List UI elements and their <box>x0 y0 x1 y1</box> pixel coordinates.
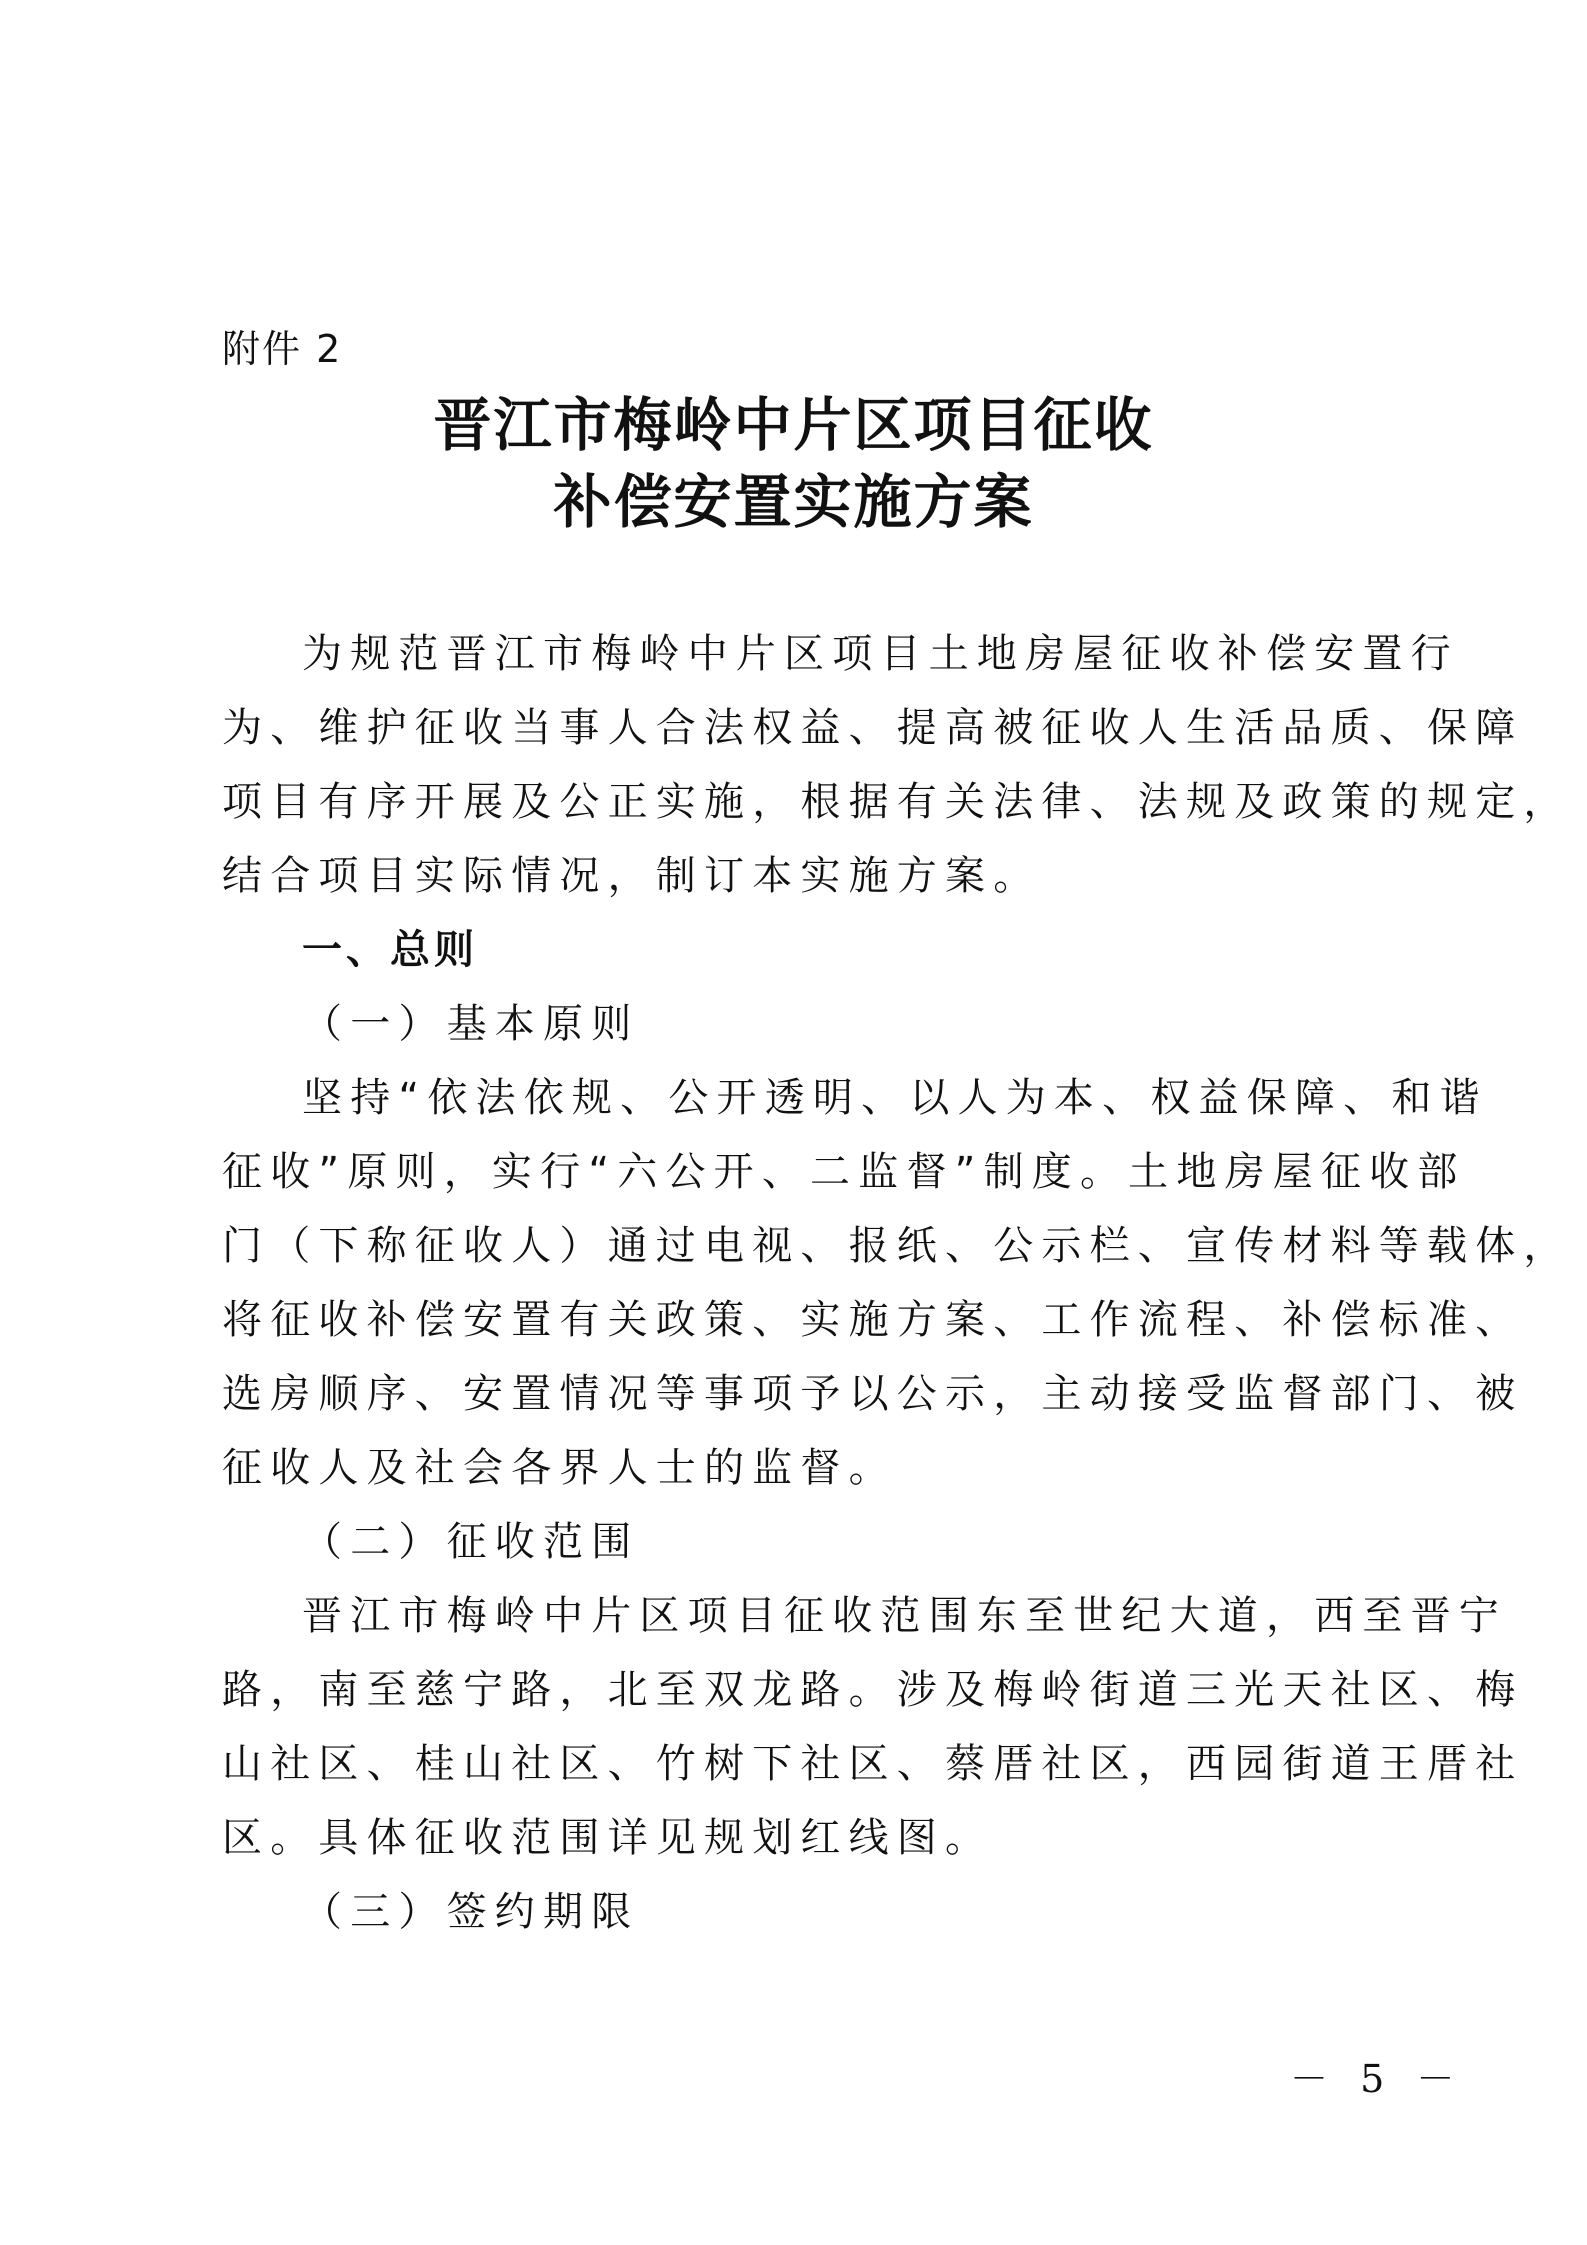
principles-line: 征收人及社会各界人士的监督。 <box>222 1436 1382 1493</box>
principles-line: 选房顺序、安置情况等事项予以公示，主动接受监督部门、被 <box>222 1362 1382 1419</box>
document-title-line-2: 补偿安置实施方案 <box>0 455 1587 539</box>
intro-line: 项目有序开展及公正实施，根据有关法律、法规及政策的规定， <box>222 770 1382 827</box>
principles-line: 将征收补偿安置有关政策、实施方案、工作流程、补偿标准、 <box>222 1288 1382 1345</box>
document-title-line-1: 晋江市梅岭中片区项目征收 <box>0 378 1587 462</box>
subsection-heading-signing-period: （三）签约期限 <box>302 1880 1382 1937</box>
page-number: － 5 － <box>1290 2048 1464 2103</box>
scope-line: 山社区、桂山社区、竹树下社区、蔡厝社区，西园街道王厝社 <box>222 1732 1382 1789</box>
subsection-heading-principles: （一）基本原则 <box>302 992 1382 1049</box>
principles-line: 门（下称征收人）通过电视、报纸、公示栏、宣传材料等载体， <box>222 1214 1382 1271</box>
scope-line: 区。具体征收范围详见规划红线图。 <box>222 1806 1382 1863</box>
principles-line: 坚持“依法依规、公开透明、以人为本、权益保障、和谐 <box>302 1066 1382 1123</box>
subsection-heading-scope: （二）征收范围 <box>302 1510 1382 1567</box>
attachment-label: 附件 2 <box>222 318 342 373</box>
principles-line: 征收”原则，实行“六公开、二监督”制度。土地房屋征收部 <box>222 1140 1382 1197</box>
scope-line: 晋江市梅岭中片区项目征收范围东至世纪大道，西至晋宁 <box>302 1584 1382 1641</box>
intro-line: 为规范晋江市梅岭中片区项目土地房屋征收补偿安置行 <box>302 622 1382 679</box>
intro-line: 结合项目实际情况，制订本实施方案。 <box>222 844 1382 901</box>
scope-line: 路，南至慈宁路，北至双龙路。涉及梅岭街道三光天社区、梅 <box>222 1658 1382 1715</box>
section-heading-general: 一、总则 <box>302 918 1382 975</box>
intro-line: 为、维护征收当事人合法权益、提高被征收人生活品质、保障 <box>222 696 1382 753</box>
